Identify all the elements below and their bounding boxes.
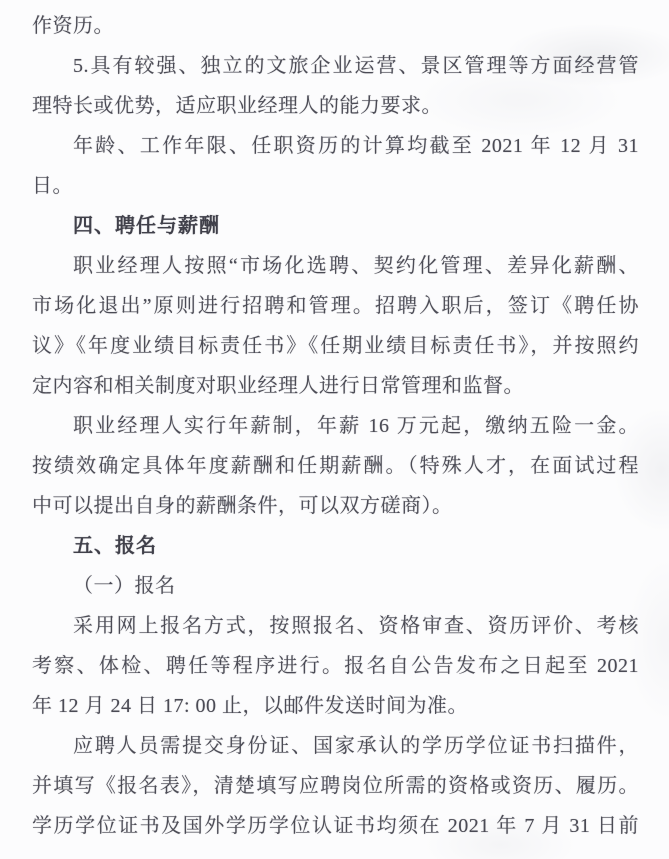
text-line: 作资历。	[32, 6, 639, 46]
text-line: 日。	[32, 166, 639, 206]
section-heading: 四、聘任与薪酬	[32, 206, 639, 246]
text-line: 年 12 月 24 日 17: 00 止，以邮件发送时间为准。	[32, 686, 639, 726]
section-heading: 五、报名	[32, 526, 639, 566]
text-line: 按绩效确定具体年度薪酬和任期薪酬。（特殊人才，在面试过程	[32, 446, 639, 486]
text-line: 理特长或优势，适应职业经理人的能力要求。	[32, 86, 639, 126]
text-line: 职业经理人按照“市场化选聘、契约化管理、差异化薪酬、	[32, 246, 639, 286]
text-line: 学历学位证书及国外学历学位认证书均须在 2021 年 7 月 31 日前	[32, 806, 639, 846]
text-line: 中可以提出自身的薪酬条件，可以双方磋商）。	[32, 486, 639, 526]
text-line: 年龄、工作年限、任职资历的计算均截至 2021 年 12 月 31	[32, 126, 639, 166]
text-line: 职业经理人实行年薪制，年薪 16 万元起，缴纳五险一金。	[32, 406, 639, 446]
text-line: 市场化退出”原则进行招聘和管理。招聘入职后，签订《聘任协	[32, 286, 639, 326]
subsection-heading: （一）报名	[32, 566, 639, 606]
scanned-document-page: { "colors": { "paper": "#fcfcfd", "ink":…	[0, 0, 669, 859]
text-line: 并填写《报名表》，清楚填写应聘岗位所需的资格或资历、履历。	[32, 766, 639, 806]
text-line: 议》《年度业绩目标责任书》《任期业绩目标责任书》，并按照约	[32, 326, 639, 366]
text-line: 应聘人员需提交身份证、国家承认的学历学位证书扫描件，	[32, 726, 639, 766]
text-line: 定内容和相关制度对职业经理人进行日常管理和监督。	[32, 366, 639, 406]
document-body: 作资历。5.具有较强、独立的文旅企业运营、景区管理等方面经营管理特长或优势，适应…	[32, 6, 639, 846]
text-line: 采用网上报名方式，按照报名、资格审查、资历评价、考核	[32, 606, 639, 646]
text-line: 5.具有较强、独立的文旅企业运营、景区管理等方面经营管	[32, 46, 639, 86]
text-line: 考察、体检、聘任等程序进行。报名自公告发布之日起至 2021	[32, 646, 639, 686]
